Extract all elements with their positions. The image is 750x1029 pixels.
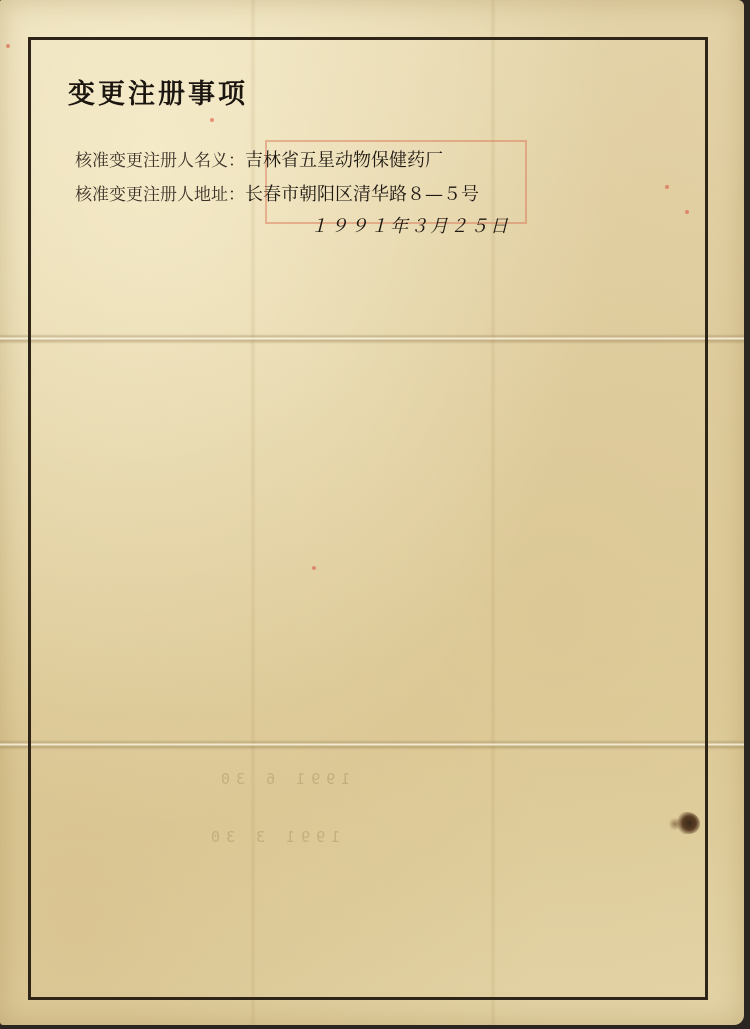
registrant-address-field: 核准变更注册人地址：长春市朝阳区清华路８—５号 (75, 180, 479, 206)
bleed-through-mark: 1991 3 30 (205, 828, 340, 846)
red-fleck (312, 566, 316, 570)
approval-date: １９９１年３月２５日 (310, 212, 510, 238)
registrant-address-label: 核准变更注册人地址： (75, 185, 245, 205)
red-fleck (210, 118, 214, 122)
registrant-address-value: 长春市朝阳区清华路８—５号 (245, 184, 479, 205)
red-fleck (685, 210, 689, 214)
registrant-name-field: 核准变更注册人名义：吉林省五星动物保健药厂 (75, 146, 443, 172)
document-title: 变更注册事项 (68, 72, 248, 111)
registrant-name-value: 吉林省五星动物保健药厂 (245, 150, 443, 171)
document-page: 变更注册事项 核准变更注册人名义：吉林省五星动物保健药厂 核准变更注册人地址：长… (0, 0, 744, 1025)
bleed-through-mark: 1991 6 30 (215, 770, 350, 788)
registrant-name-label: 核准变更注册人名义： (75, 151, 245, 171)
red-fleck (6, 44, 10, 48)
ink-stain (668, 818, 682, 830)
red-fleck (665, 185, 669, 189)
